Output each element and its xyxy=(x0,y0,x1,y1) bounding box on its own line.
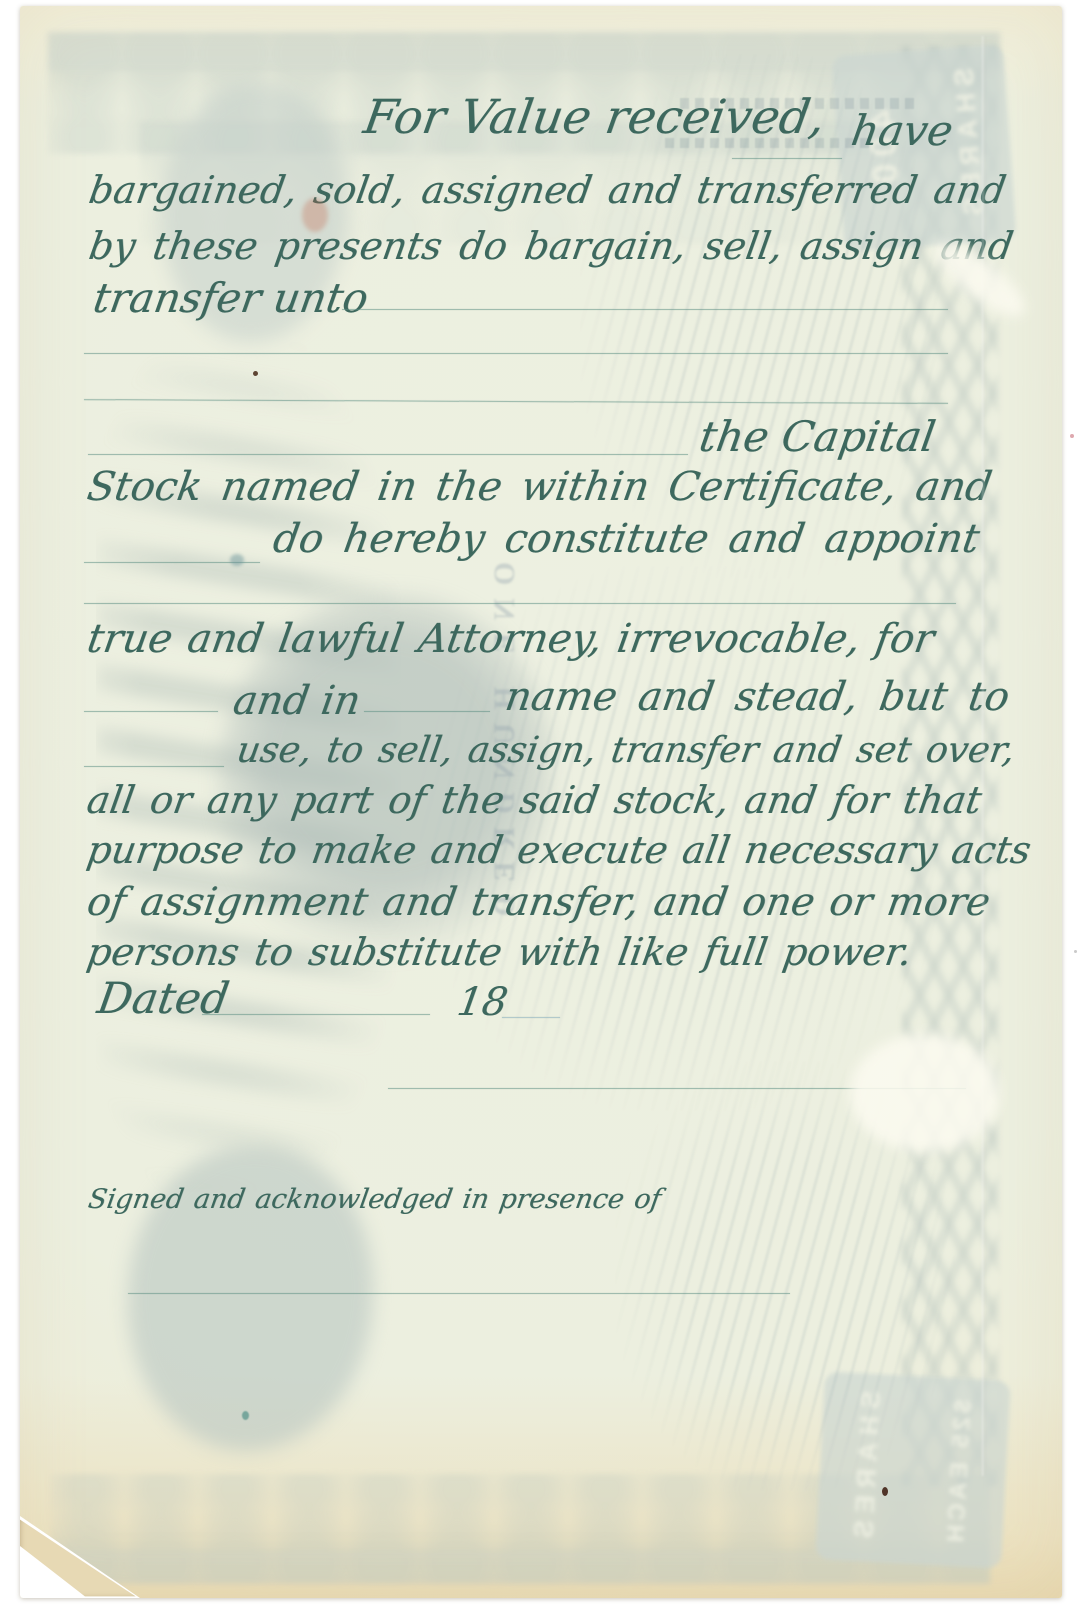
year-prefix-18: 18 xyxy=(454,980,511,1025)
transferee-blank-line xyxy=(342,309,948,310)
in-blank-line xyxy=(364,711,490,712)
assignment-transfer-line: of assignment and transfer, and one or m… xyxy=(84,880,993,925)
gray-speck xyxy=(1074,950,1077,953)
dated-label: Dated xyxy=(94,974,232,1024)
year-blank-line xyxy=(502,1017,560,1018)
witness-label: Signed and acknowledged in presence of xyxy=(86,1184,663,1215)
dark-fleck xyxy=(253,371,258,376)
ghost-bottom-border-garland xyxy=(50,1474,990,1584)
shares-blank-line xyxy=(88,454,688,455)
ghost-shares-word: SHARES xyxy=(848,1390,887,1546)
use-blank-line xyxy=(84,766,224,767)
scanned-stock-certificate-back: { "form": { "value_received": "For Value… xyxy=(0,0,1080,1623)
witness-signature-line xyxy=(128,1293,790,1294)
dated-blank-line xyxy=(202,1014,430,1015)
transfer-unto-text: transfer unto xyxy=(90,274,372,322)
blank-line xyxy=(84,353,948,354)
for-blank-line xyxy=(84,711,218,712)
constitute-appoint-line: do hereby constitute and appoint xyxy=(270,516,982,562)
teal-smudge xyxy=(230,554,244,566)
dark-fleck xyxy=(882,1487,888,1496)
purpose-line: purpose to make and execute all necessar… xyxy=(84,828,1034,872)
certificate-paper: 400 SHARES SHARES $25 EACH ONE HUNDRED F… xyxy=(20,6,1062,1598)
persons-substitute-line: persons to substitute with like full pow… xyxy=(84,930,915,974)
have-text: have xyxy=(848,106,956,155)
blue-ink-dot xyxy=(242,1411,249,1420)
presents-line: by these presents do bargain, sell, assi… xyxy=(86,224,1016,268)
attorney-line: true and lawful Attorney, irrevocable, f… xyxy=(84,616,937,662)
the-capital-text: the Capital xyxy=(696,412,939,461)
stock-named-line: Stock named in the within Certificate, a… xyxy=(84,464,995,510)
attorney-name-blank-line xyxy=(84,603,956,604)
for-value-received-text: For Value received, xyxy=(360,90,829,145)
all-or-any-line: all or any part of the said stock, and f… xyxy=(84,778,985,822)
scuff-mark xyxy=(850,1034,1000,1152)
vertical-crease xyxy=(982,36,985,1476)
bargained-line: bargained, sold, assigned and transferre… xyxy=(86,168,1009,212)
red-ink-speck xyxy=(302,198,328,232)
use-sell-line: use, to sell, assign, transfer and set o… xyxy=(234,730,1018,771)
and-in-text: and in xyxy=(230,678,364,724)
name-and-stead-text: name and stead, but to xyxy=(502,674,1013,720)
pink-speck xyxy=(1070,434,1074,438)
ghost-par-value: $25 EACH xyxy=(942,1398,978,1546)
grantor-blank-line xyxy=(732,158,842,159)
blank-line xyxy=(84,399,948,404)
